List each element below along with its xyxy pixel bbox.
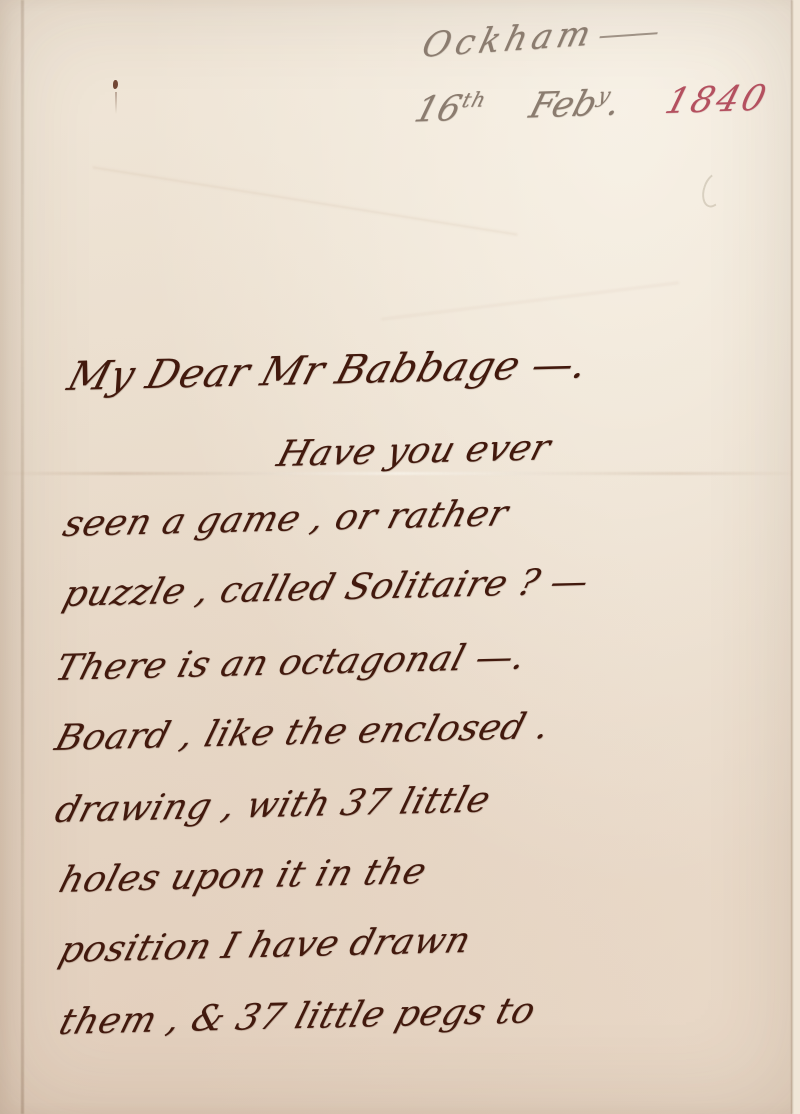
date-month: Feby.: [525, 82, 626, 126]
letter-photograph: Ockham 16th Feby. 1840 My Dear Mr Babbag…: [0, 0, 800, 1114]
page-right-edge-strip: [792, 0, 800, 1114]
date-day-number: 16: [410, 89, 466, 131]
left-page-fold-strip: [0, 0, 22, 1114]
letter-line: them , & 37 little pegs to: [54, 983, 782, 1045]
paper-wrinkle: [381, 282, 679, 321]
flourish-stroke: [599, 32, 657, 38]
vertical-fold-crease: [21, 0, 24, 1114]
letter-line: Have you ever: [272, 422, 718, 477]
date-day: 16th: [410, 87, 490, 130]
date-line: 16th Feby. 1840: [410, 77, 774, 130]
place-line: Ockham: [418, 9, 663, 66]
letter-line: holes upon it in the: [54, 842, 716, 903]
place-name: Ockham: [418, 13, 600, 66]
ink-speck: [113, 80, 118, 89]
letter-line: position I have drawn: [54, 911, 757, 973]
letter-line: puzzle , called Solitaire ? —: [58, 555, 761, 617]
letter-line: drawing , with 37 little: [50, 771, 758, 833]
date-month-name: Feb: [525, 84, 602, 127]
ink-speck-trail: [115, 92, 117, 114]
faint-pencil-mark: [698, 169, 730, 210]
letter-line: seen a game , or rather: [58, 486, 720, 547]
page-right-edge-line: [791, 0, 793, 1114]
letter-line: There is an octagonal —.: [50, 632, 659, 691]
letter-line: Board , like the enclosed .: [50, 699, 760, 761]
salutation-line: My Dear Mr Babbage —.: [62, 338, 665, 402]
date-year: 1840: [661, 78, 774, 122]
paper-wrinkle: [92, 166, 517, 235]
